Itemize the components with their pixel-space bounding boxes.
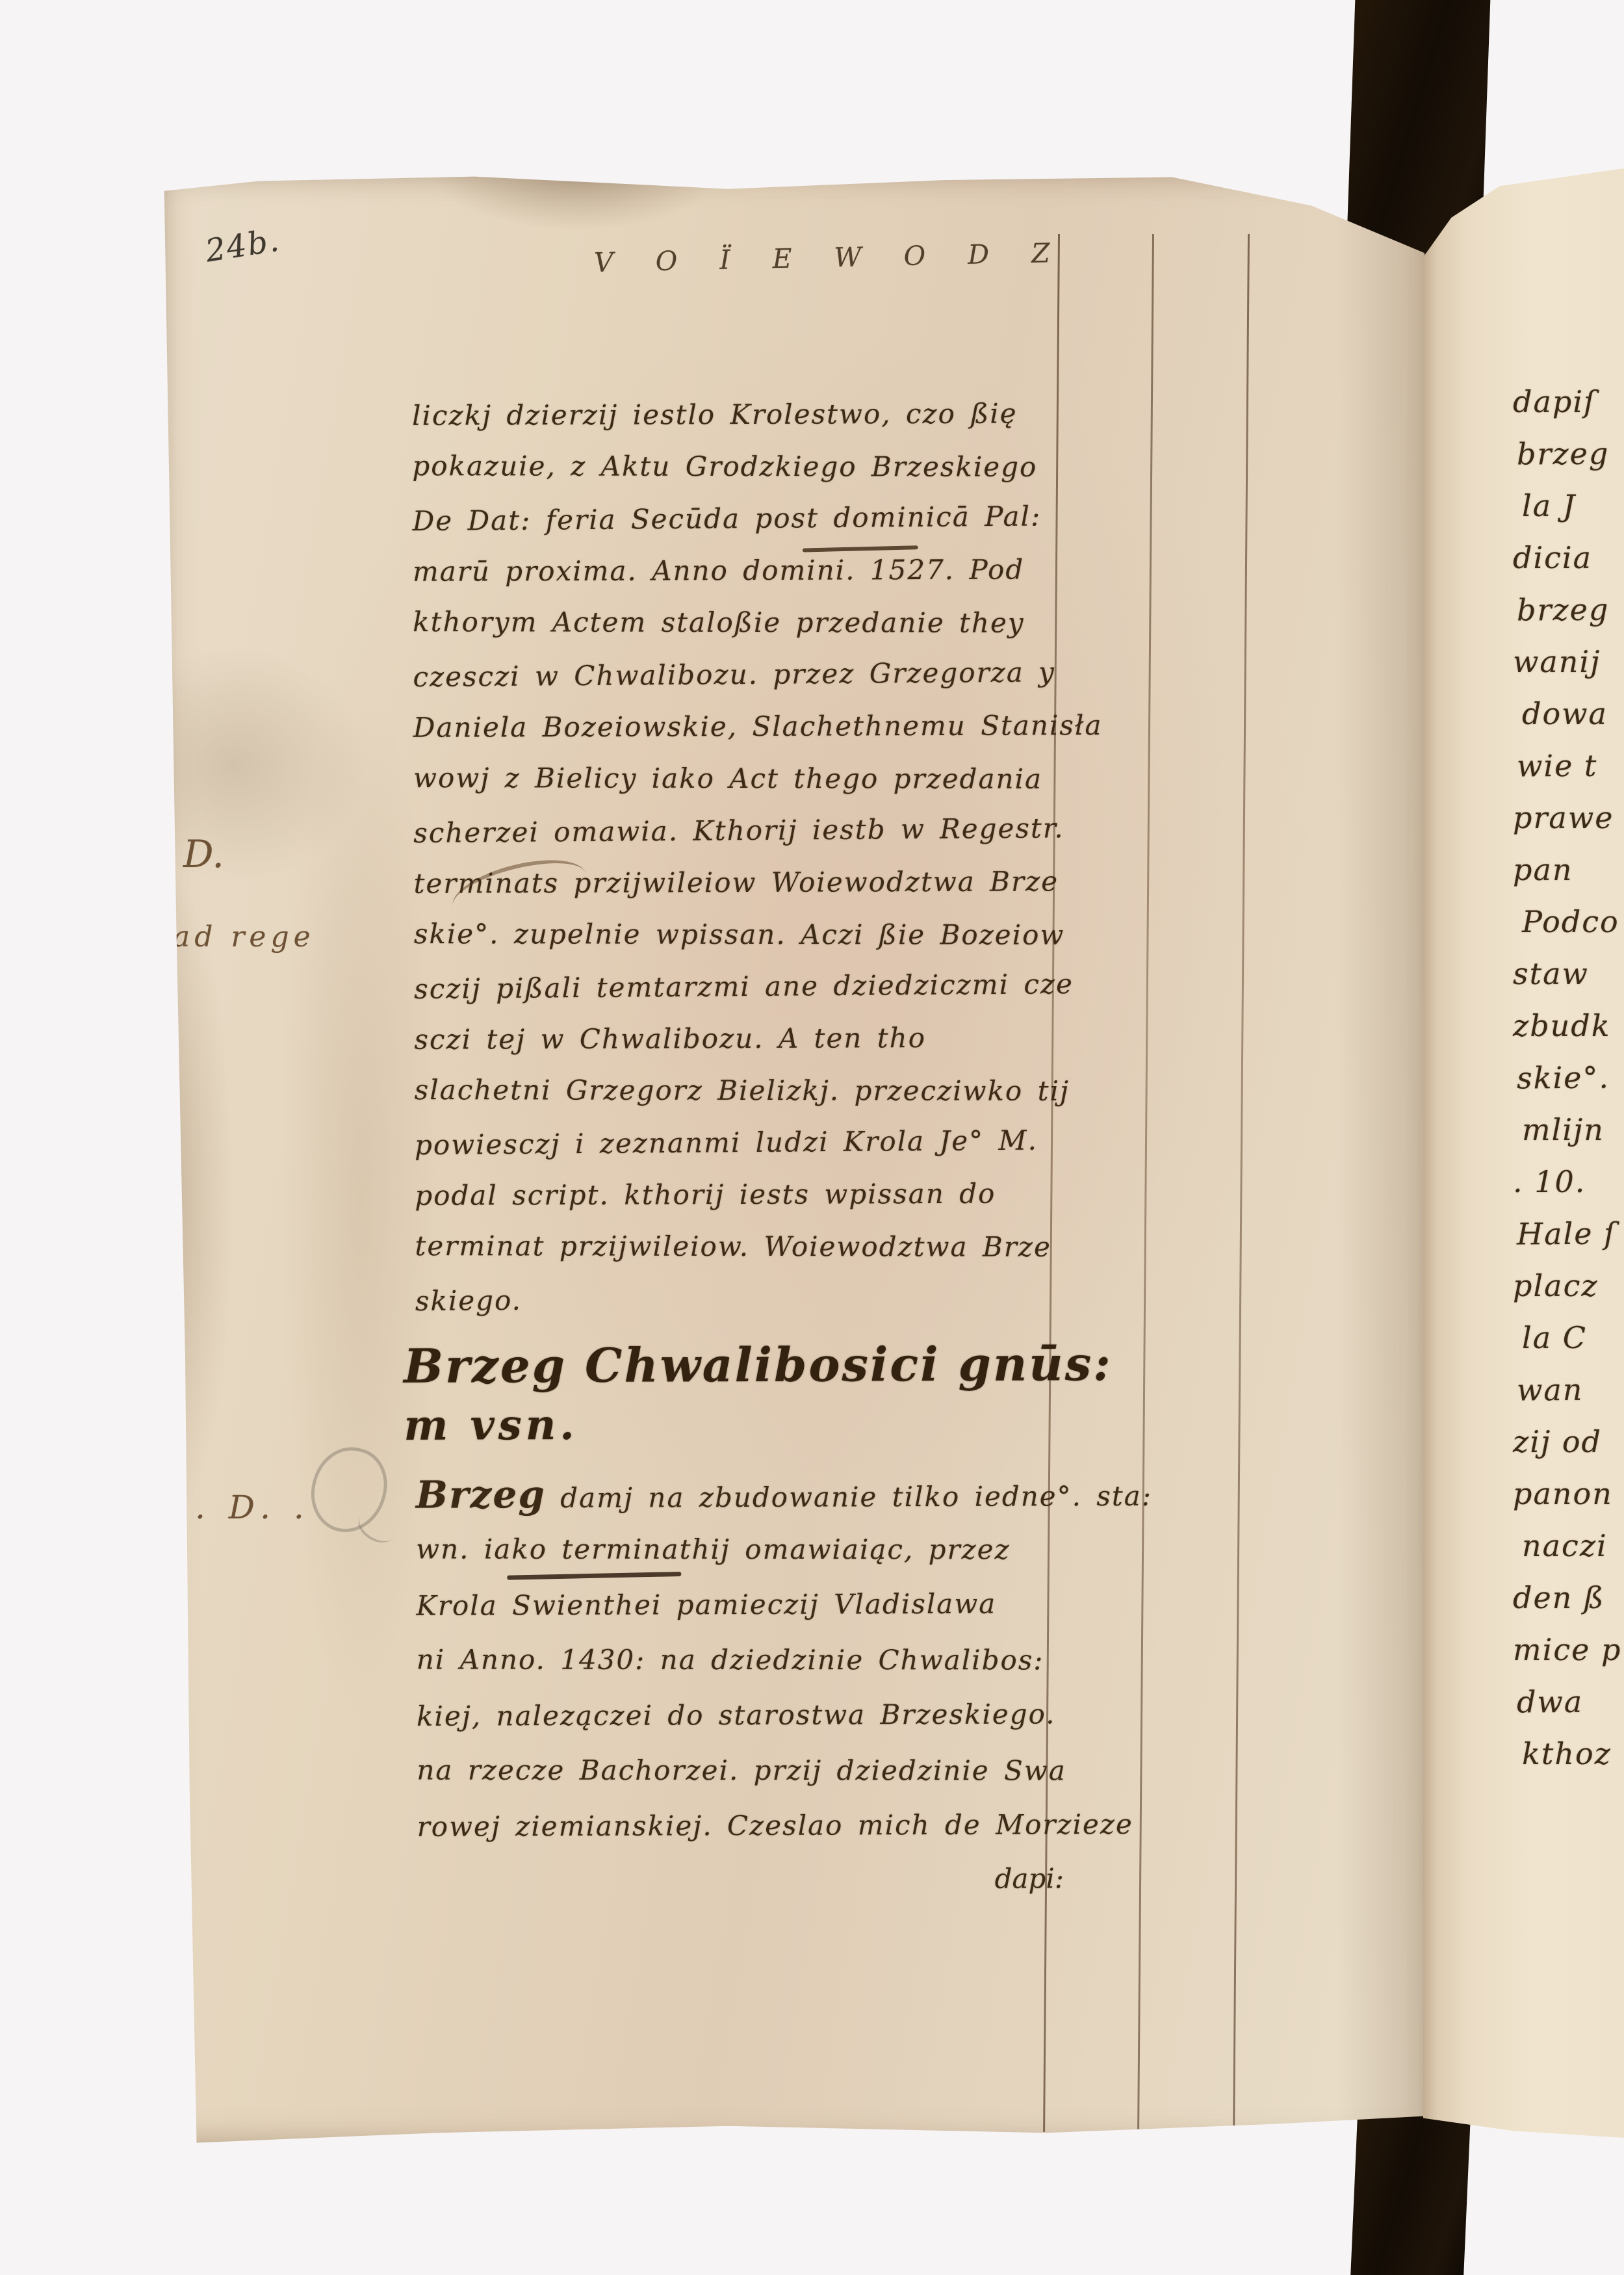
right-page-text-line: wan — [1517, 1363, 1624, 1416]
text-line: terminats przijwileiow Woiewodztwa Brze — [413, 855, 1086, 910]
ruled-margin-line — [1137, 234, 1154, 2132]
running-header: V O Ï E W O D Z — [594, 237, 1089, 278]
text-line: skie°. zupelnie wpissan. Aczi ßie Bozeio… — [414, 908, 1087, 961]
right-page-text-line: dowa — [1522, 688, 1624, 740]
right-page-text-line: . 10. — [1513, 1156, 1621, 1208]
text-line: Brzeg damj na zbudowanie tilko iedne°. s… — [416, 1465, 1089, 1523]
text-line: czesczi w Chwalibozu. przez Grzegorza y — [413, 646, 1086, 703]
right-page-text-line: dwa — [1517, 1675, 1624, 1728]
right-page: dapiſbrzegla Jdiciabrzegwanijdowawie tpr… — [1423, 166, 1624, 2140]
text-line: De Dat: feria Secūda post dominicā Pal: — [412, 490, 1085, 547]
text-line: rowej ziemianskiej. Czeslao mich de Morz… — [417, 1797, 1090, 1854]
paragraph-1: liczkj dzierzij iestlo Krolestwo, czo ßi… — [412, 387, 1088, 1326]
right-page-text-line: staw — [1513, 948, 1621, 1000]
right-page-text-line: zij od — [1513, 1416, 1621, 1468]
text-line: marū proxima. Anno domini. 1527. Pod — [413, 543, 1085, 598]
text-line: pokazuie, z Aktu Grodzkiego Brzeskiego — [412, 440, 1085, 493]
text-line: sczij pißali temtarzmi ane dziedziczmi c… — [414, 958, 1087, 1015]
text-line: powiesczj i zeznanmi ludzi Krola Je° M. — [415, 1114, 1088, 1171]
right-page-text-line: kthoz — [1522, 1728, 1624, 1780]
paragraph-2-lines: wn. iako terminathij omawiaiąc, przezKro… — [416, 1520, 1090, 1854]
text-line: ni Anno. 1430: na dziedzinie Chwalibos: — [417, 1632, 1089, 1688]
text-line: Daniela Bozeiowskie, Slachethnemu Stanis… — [413, 699, 1086, 754]
pencil-mark-icon — [303, 1439, 396, 1540]
right-page-text-line: placz — [1513, 1260, 1621, 1312]
heading-line: Brzeg Chwalibosici gnūs: — [404, 1334, 1088, 1396]
right-page-text-line: skie°. — [1517, 1051, 1624, 1104]
right-page-text-line: wanij — [1513, 636, 1621, 688]
margin-note-d2: . D. . — [195, 1488, 311, 1526]
right-page-text-line: pan — [1513, 844, 1621, 896]
right-page-text-line: brzeg — [1517, 583, 1624, 636]
section-heading: Brzeg Chwalibosici gnūs:m vsn. — [404, 1334, 1089, 1456]
right-page-text-line: naczi — [1522, 1520, 1624, 1572]
right-page-text-line: wie t — [1517, 739, 1624, 792]
right-page-text-line: dicia — [1513, 532, 1621, 584]
right-page-text-line: la J — [1522, 480, 1624, 532]
text-line: na rzecze Bachorzei. przij dziedzinie Sw… — [417, 1743, 1089, 1799]
right-page-text-line: dapiſ — [1513, 376, 1621, 428]
text-line: kiej, nalezączei do starostwa Brzeskiego… — [417, 1686, 1089, 1744]
catchword: dapi: — [417, 1856, 1090, 1904]
right-page-text: dapiſbrzegla Jdiciabrzegwanijdowawie tpr… — [1513, 376, 1621, 1780]
heading-line: m vsn. — [404, 1394, 1088, 1456]
text-line: kthorym Actem staloßie przedanie they — [413, 596, 1085, 649]
main-text-block: liczkj dzierzij iestlo Krolestwo, czo ßi… — [412, 387, 1090, 1904]
margin-note-ad-rege: ad rege — [173, 920, 315, 954]
right-page-text-line: prawe — [1513, 792, 1621, 844]
right-page-text-line: mice p — [1513, 1624, 1621, 1676]
left-page: 24b. V O Ï E W O D Z D. ad rege . D. . l… — [157, 174, 1426, 2144]
paragraph-2: Brzeg damj na zbudowanie tilko iedne°. s… — [416, 1465, 1090, 1854]
right-page-text-line: brzeg — [1517, 427, 1624, 480]
text-line: Krola Swienthei pamieczij Vladislawa — [416, 1576, 1089, 1633]
right-page-text-line: panon — [1513, 1468, 1621, 1520]
ruled-margin-line — [1233, 234, 1250, 2132]
text-line: terminat przijwileiow. Woiewodztwa Brze — [415, 1220, 1087, 1273]
text-line: wn. iako terminathij omawiaiąc, przez — [416, 1522, 1089, 1578]
folio-number: 24b. — [203, 222, 282, 269]
text-line: liczkj dzierzij iestlo Krolestwo, czo ßi… — [412, 387, 1085, 442]
text-line: podal script. kthorij iests wpissan do — [415, 1167, 1087, 1222]
binding-strap-bottom-icon — [1350, 2098, 1471, 2275]
text-line: scherzei omawia. Kthorij iestb w Regestr… — [413, 802, 1087, 859]
right-page-text-line: Podco — [1522, 896, 1624, 948]
initial-word: Brzeg — [416, 1472, 546, 1517]
text-line: skiego. — [415, 1270, 1089, 1327]
text-line-rest: damj na zbudowanie tilko iedne°. sta: — [546, 1480, 1152, 1514]
right-page-text-line: Hale ſ — [1517, 1207, 1624, 1260]
right-page-text-line: la C — [1522, 1312, 1624, 1364]
right-page-text-line: mlijn — [1522, 1104, 1624, 1156]
margin-note-d: D. — [183, 832, 224, 876]
right-page-text-line: zbudk — [1513, 1000, 1621, 1052]
text-line: wowj z Bielicy iako Act thego przedania — [413, 752, 1086, 805]
manuscript-scan: 24b. V O Ï E W O D Z D. ad rege . D. . l… — [0, 0, 1624, 2275]
text-line: sczi tej w Chwalibozu. A ten tho — [414, 1011, 1087, 1066]
right-page-text-line: den ß — [1513, 1572, 1621, 1624]
text-line: slachetni Grzegorz Bielizkj. przecziwko … — [415, 1064, 1087, 1117]
